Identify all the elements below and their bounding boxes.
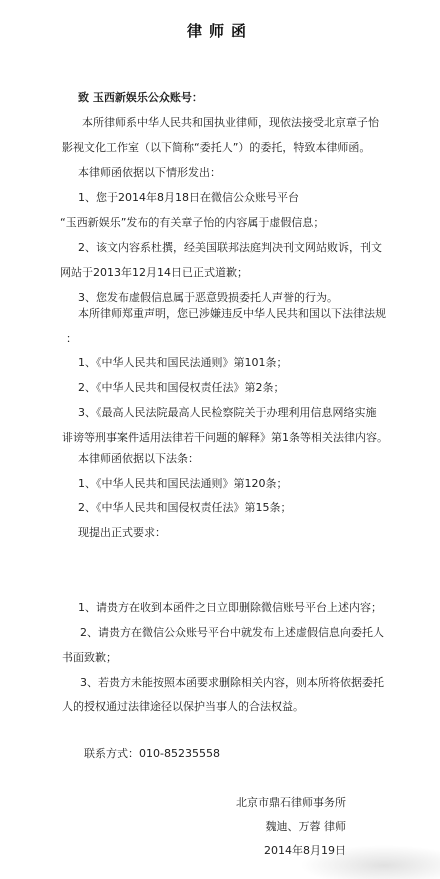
signature-date: 2014年8月19日: [264, 844, 346, 858]
intro-line-1: 本所律师系中华人民共和国执业律师，现依法接受北京章子怡: [82, 116, 379, 130]
violated-law-1: 1、《中华人民共和国民法通则》第101条；: [78, 356, 288, 370]
violated-law-4: 诽谤等刑事案件适用法律若干问题的解释》第1条等相关法律内容。: [62, 431, 388, 445]
lawyer-letter-page: 律师函 致 玉西新娱乐公众账号： 本所律师系中华人民共和国执业律师，现依法接受北…: [0, 0, 440, 879]
basis-law-1: 1、《中华人民共和国民法通则》第120条；: [78, 477, 288, 491]
document-title: 律师函: [0, 20, 440, 41]
recipient-line: 致 玉西新娱乐公众账号：: [78, 91, 203, 105]
signature-lawyers: 魏迪、万蓉 律师: [266, 820, 347, 834]
violation-statement: 本所律师郑重声明，您已涉嫌违反中华人民共和国以下法律法规: [78, 307, 386, 321]
demand-line-3: 书面致歉；: [62, 651, 117, 665]
facts-heading: 本律师函依据以下情形发出：: [78, 166, 221, 180]
contact-line: 联系方式：010-85235558: [84, 747, 220, 761]
fact-line-5: 3、您发布虚假信息属于恶意毁损委托人声誉的行为。: [78, 291, 338, 305]
demand-line-5: 人的授权通过法律途径以保护当事人的合法权益。: [62, 700, 304, 714]
fact-line-3: 2、该文内容系杜撰，经美国联邦法庭判决刊文网站败诉，刊文: [78, 241, 382, 255]
signature-firm: 北京市鼎石律师事务所: [236, 796, 346, 810]
fact-line-2: “玉西新娱乐”发布的有关章子怡的内容属于虚假信息；: [60, 216, 324, 230]
basis-heading: 本律师函依据以下法条：: [78, 452, 199, 466]
demands-heading: 现提出正式要求：: [78, 526, 166, 540]
fact-line-4: 网站于2013年12月14日已正式道歉；: [60, 266, 248, 280]
basis-law-2: 2、《中华人民共和国侵权责任法》第15条；: [78, 501, 292, 515]
violation-colon: ：: [66, 332, 77, 346]
demand-line-2: 2、请贵方在微信公众账号平台中就发布上述虚假信息向委托人: [80, 626, 384, 640]
demand-line-1: 1、请贵方在收到本函件之日立即删除微信账号平台上述内容；: [78, 601, 382, 615]
demand-line-4: 3、若贵方未能按照本函要求删除相关内容，则本所将依据委托: [80, 676, 384, 690]
intro-line-2: 影视文化工作室（以下简称“委托人”）的委托，特致本律师函。: [62, 141, 370, 155]
fact-line-1: 1、您于2014年8月18日在微信公众账号平台: [78, 191, 299, 205]
violated-law-2: 2、《中华人民共和国侵权责任法》第2条；: [78, 381, 285, 395]
violated-law-3: 3、《最高人民法院最高人民检察院关于办理利用信息网络实施: [78, 406, 377, 420]
